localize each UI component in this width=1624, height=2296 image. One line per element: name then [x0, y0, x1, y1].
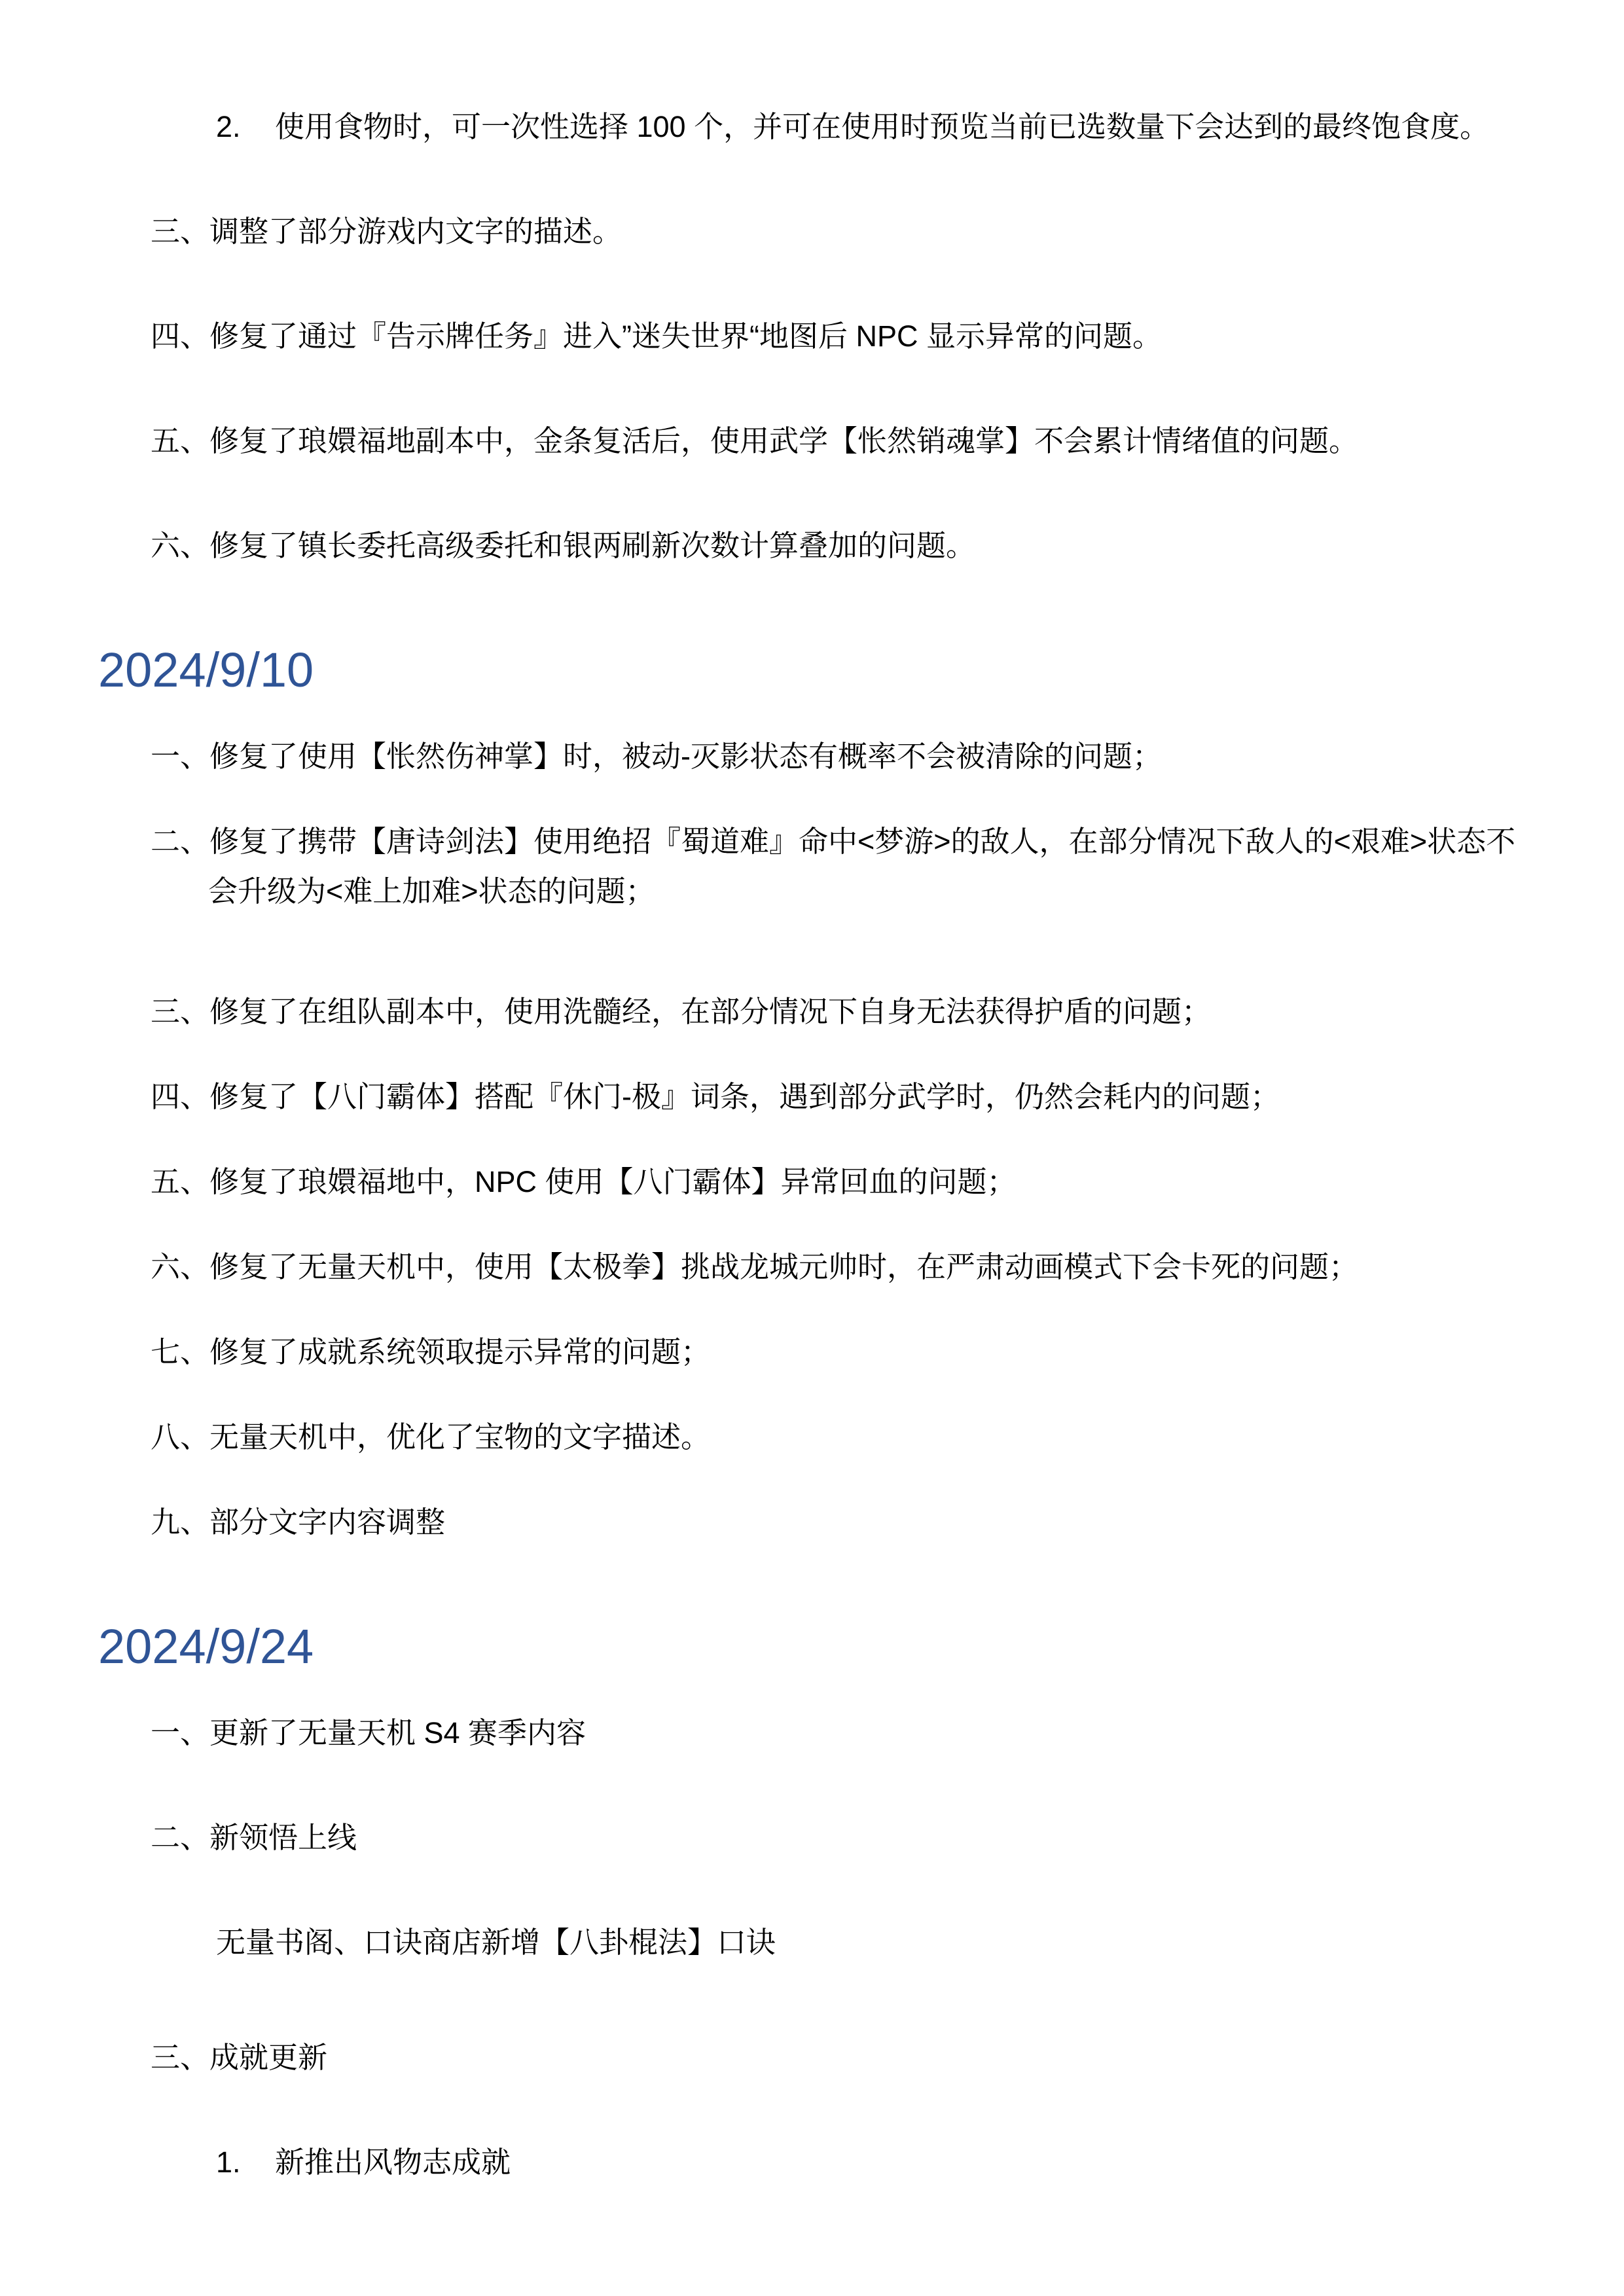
list-item: 一、修复了使用【怅然伤神掌】时，被动-灭影状态有概率不会被清除的问题；	[98, 732, 1526, 781]
list-item-number: 2.	[216, 102, 275, 152]
list-item: 四、修复了通过『告示牌任务』进入”迷失世界“地图后 NPC 显示异常的问题。	[98, 312, 1526, 361]
list-item: 二、修复了携带【唐诗剑法】使用绝招『蜀道难』命中<梦游>的敌人，在部分情况下敌人…	[98, 817, 1526, 916]
list-item-number: 1.	[216, 2138, 275, 2187]
list-item: 二、新领悟上线	[98, 1813, 1526, 1863]
list-item: 九、部分文字内容调整	[98, 1498, 1526, 1547]
list-item: 一、更新了无量天机 S4 赛季内容	[98, 1708, 1526, 1758]
list-item-text: 新推出风物志成就	[275, 2145, 511, 2179]
sub-list-item: 1.新推出风物志成就	[98, 2138, 1526, 2187]
list-item-text: 使用食物时，可一次性选择 100 个，并可在使用时预览当前已选数量下会达到的最终…	[275, 110, 1489, 143]
list-item: 六、修复了无量天机中，使用【太极拳】挑战龙城元帅时，在严肃动画模式下会卡死的问题…	[98, 1242, 1526, 1292]
date-heading: 2024/9/24	[98, 1615, 1526, 1678]
list-item: 三、成就更新	[98, 2033, 1526, 2083]
list-item: 七、修复了成就系统领取提示异常的问题；	[98, 1327, 1526, 1377]
list-item: 五、修复了琅嬛福地副本中，金条复活后，使用武学【怅然销魂掌】不会累计情绪值的问题…	[98, 416, 1526, 466]
list-item: 三、调整了部分游戏内文字的描述。	[98, 207, 1526, 257]
sub-list-item: 2.使用食物时，可一次性选择 100 个，并可在使用时预览当前已选数量下会达到的…	[98, 102, 1526, 152]
indented-line: 无量书阁、口诀商店新增【八卦棍法】口诀	[98, 1918, 1526, 1967]
changelog-section: 2.使用食物时，可一次性选择 100 个，并可在使用时预览当前已选数量下会达到的…	[98, 102, 1526, 571]
list-item: 八、无量天机中，优化了宝物的文字描述。	[98, 1412, 1526, 1462]
list-item: 五、修复了琅嬛福地中，NPC 使用【八门霸体】异常回血的问题；	[98, 1157, 1526, 1207]
changelog-section: 一、修复了使用【怅然伤神掌】时，被动-灭影状态有概率不会被清除的问题；二、修复了…	[98, 732, 1526, 1547]
list-item: 三、修复了在组队副本中，使用洗髓经，在部分情况下自身无法获得护盾的问题；	[98, 987, 1526, 1037]
list-item: 四、修复了【八门霸体】搭配『休门-极』词条，遇到部分武学时，仍然会耗内的问题；	[98, 1072, 1526, 1122]
date-heading: 2024/9/10	[98, 639, 1526, 702]
changelog-section: 一、更新了无量天机 S4 赛季内容二、新领悟上线无量书阁、口诀商店新增【八卦棍法…	[98, 1708, 1526, 2187]
document-page: 2.使用食物时，可一次性选择 100 个，并可在使用时预览当前已选数量下会达到的…	[0, 0, 1624, 2296]
list-item: 六、修复了镇长委托高级委托和银两刷新次数计算叠加的问题。	[98, 521, 1526, 571]
